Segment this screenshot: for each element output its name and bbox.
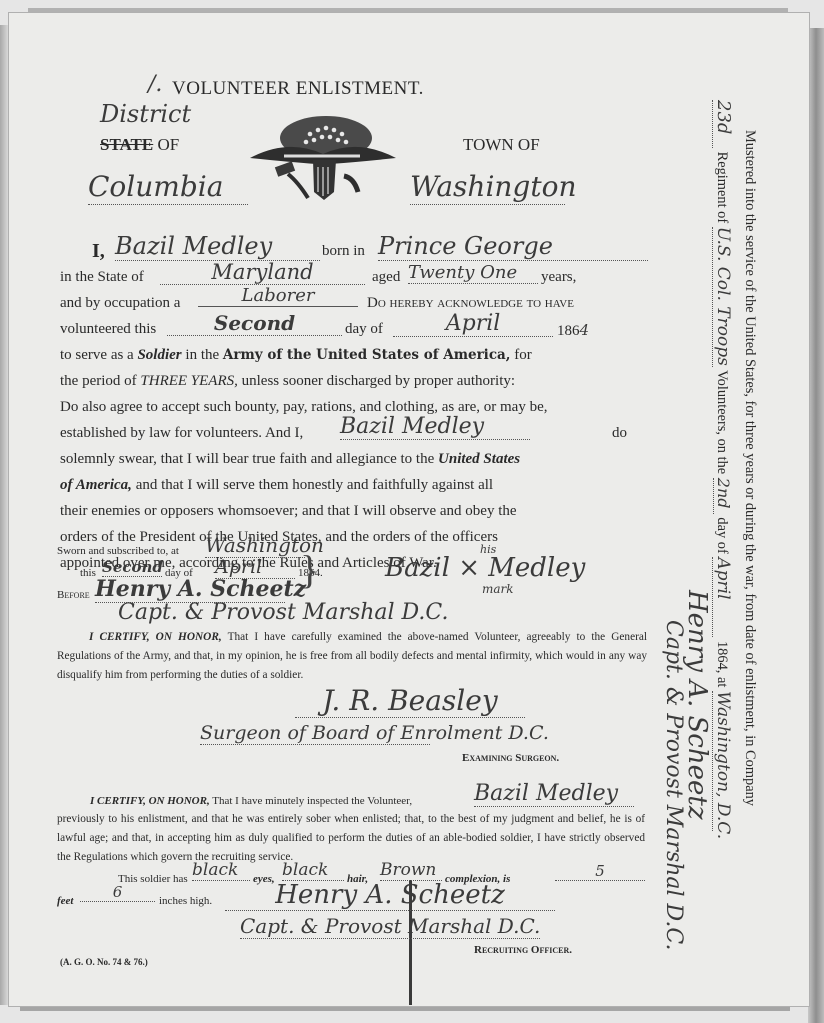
his-label: his <box>480 543 496 556</box>
scan-edge-right <box>808 28 824 1023</box>
swear-text-2: and that I will serve them honestly and … <box>136 477 493 493</box>
scan-edge-left <box>0 25 8 1005</box>
eyes-value: black <box>192 860 250 881</box>
serve-army: Army of the United States of America, <box>223 347 511 363</box>
serve-text-2: in the <box>185 347 219 363</box>
year-field: 1864 <box>557 321 589 340</box>
muster-signature: Henry A. Scheetz <box>682 590 712 820</box>
muster-day-of-label: day of <box>714 517 730 553</box>
muster-month: April <box>712 557 733 637</box>
acknowledge-text: Do hereby acknowledge to have <box>367 295 574 312</box>
years-label: years, <box>541 269 576 286</box>
sworn-this-label: this <box>80 567 96 579</box>
recruiting-signature: Henry A. Scheetz <box>225 880 555 911</box>
town-label: TOWN OF <box>463 135 540 155</box>
eagle-seal-icon <box>248 112 398 204</box>
state-of-label: in the State of <box>60 269 144 286</box>
period-text-1: the period of <box>60 373 137 389</box>
muster-line-1: Mustered into the service of the United … <box>741 130 758 806</box>
before-title: Capt. & Provost Marshal D.C. <box>118 600 448 625</box>
feet-value: 5 <box>555 862 645 881</box>
complexion-value: Brown <box>380 860 442 881</box>
recruiting-officer-role: Recruiting Officer. <box>474 944 572 956</box>
day-value: Second <box>167 311 342 336</box>
muster-place: Washington, D.C. <box>712 691 733 831</box>
inches-label: inches high. <box>159 895 212 907</box>
volunteer-signature: Bazil × Medley <box>385 553 585 583</box>
established-line: established by law for volunteers. And I… <box>60 425 303 442</box>
swear-usa-1: United States <box>438 451 520 467</box>
feet-label: feet <box>57 895 73 907</box>
before-label: Before <box>57 589 90 601</box>
surgeon-signature: J. R. Beasley <box>295 684 525 718</box>
aged-label: aged <box>372 269 400 286</box>
month-value: April <box>393 311 553 337</box>
sworn-place: Washington <box>205 533 305 558</box>
title-mark: /. <box>148 72 162 97</box>
town-value: Washington <box>410 170 565 205</box>
muster-day: 2nd <box>713 478 733 514</box>
serve-soldier: Soldier <box>137 347 181 363</box>
muster-volunteers-label: Volunteers, on the <box>714 370 730 474</box>
inches-value: 6 <box>80 883 155 902</box>
volunteer-name: Bazil Medley <box>115 232 320 261</box>
i-label: I, <box>92 240 105 263</box>
muster-regiment-name: U.S. Col. Troops <box>712 227 733 367</box>
period-years: THREE YEARS, <box>140 373 238 389</box>
muster-signature-title: Capt. & Provost Marshal D.C. <box>661 620 686 950</box>
hair-value: black <box>282 860 344 881</box>
serve-text-3: for <box>514 347 532 363</box>
volunteered-label: volunteered this <box>60 321 156 338</box>
serve-text-1: to serve as a <box>60 347 134 363</box>
recruit-cert-text-1: That I have minutely inspected the Volun… <box>212 795 412 807</box>
born-in-label: born in <box>322 243 365 260</box>
sworn-day: Second <box>102 558 162 577</box>
state-of: OF <box>157 135 179 154</box>
swear-usa-2: of America, <box>60 477 132 493</box>
period-line: the period of THREE YEARS, unless sooner… <box>60 373 515 390</box>
serve-honestly-line: of America, and that I will serve them h… <box>60 477 493 494</box>
year-prefix: 186 <box>557 323 580 339</box>
state-value: Columbia <box>88 170 248 205</box>
sworn-label: Sworn and subscribed to, at <box>57 545 179 557</box>
page-title: VOLUNTEER ENLISTMENT. <box>172 78 424 100</box>
swear-line: solemnly swear, that I will bear true fa… <box>60 451 520 468</box>
muster-regiment-label: Regiment of <box>714 152 730 224</box>
recruit-cert-lead: I CERTIFY, ON HONOR, <box>90 795 210 807</box>
state-value-field: Maryland <box>160 260 365 285</box>
mark-label: mark <box>482 582 514 596</box>
swear-text: solemnly swear, that I will bear true fa… <box>60 451 434 467</box>
period-text-2: unless sooner discharged by proper autho… <box>242 373 515 389</box>
enemies-line: their enemies or opposers whomsoever; an… <box>60 503 517 520</box>
state-label: STATE OF <box>100 135 179 155</box>
day-of-label: day of <box>345 321 383 338</box>
muster-line-2: 23d Regiment of U.S. Col. Troops Volunte… <box>712 100 734 831</box>
recruit-cert-line-1: I CERTIFY, ON HONOR, That I have minutel… <box>90 795 412 807</box>
year-suffix: 4 <box>580 321 590 339</box>
serve-line: to serve as a Soldier in the Army of the… <box>60 347 532 364</box>
recruit-volunteer-name: Bazil Medley <box>474 781 634 807</box>
surgeon-certificate: I CERTIFY, ON HONOR, That I have careful… <box>57 628 647 685</box>
form-number: (A. G. O. No. 74 & 76.) <box>60 957 148 967</box>
muster-year: 1864, <box>714 641 730 673</box>
muster-regiment-number: 23d <box>712 100 734 148</box>
surgeon-title: Surgeon of Board of Enrolment D.C. <box>200 722 430 745</box>
born-in-value: Prince George <box>378 232 648 261</box>
occupation-value: Laborer <box>198 285 358 307</box>
examining-surgeon-role: Examining Surgeon. <box>462 752 559 764</box>
before-name: Henry A. Scheetz <box>95 576 285 603</box>
muster-at-label: at <box>714 677 730 687</box>
age-value: Twenty One <box>408 262 538 284</box>
do-label: do <box>612 425 627 442</box>
recruiting-title: Capt. & Provost Marshal D.C. <box>240 914 540 939</box>
brace: } <box>300 546 319 593</box>
state-correction: District <box>100 100 191 128</box>
occupation-label: and by occupation a <box>60 295 180 312</box>
recruit-cert-text-2: previously to his enlistment, and that h… <box>57 810 645 867</box>
oath-name: Bazil Medley <box>340 414 530 440</box>
surgeon-cert-lead: I CERTIFY, ON HONOR, <box>89 631 222 643</box>
state-struck: STATE <box>100 135 153 154</box>
